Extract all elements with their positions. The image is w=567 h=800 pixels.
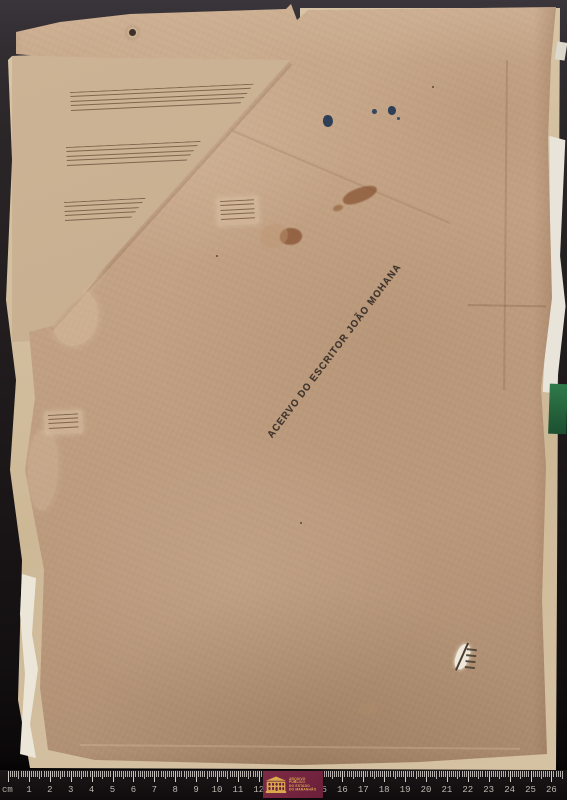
ruler-tick (171, 771, 172, 777)
ruler-tick (434, 771, 435, 777)
ruler-tick (190, 771, 191, 777)
ruler-number: 26 (546, 785, 557, 795)
staff-line (221, 217, 255, 220)
ruler-tick (489, 771, 490, 782)
ruler-tick (25, 771, 26, 777)
ruler-tick (332, 771, 333, 779)
ruler-tick (468, 771, 469, 782)
ruler-tick (472, 771, 473, 777)
ruler-tick (85, 771, 86, 777)
staff-lines (70, 84, 255, 114)
ruler-tick (367, 771, 368, 777)
ruler-tick (46, 771, 47, 777)
ruler-tick (497, 771, 498, 777)
ruler-tick (154, 771, 155, 782)
ruler-tick (173, 771, 174, 777)
ruler-tick (495, 771, 496, 777)
ruler-tick (441, 771, 442, 777)
ruler-tick (142, 771, 143, 777)
ruler-tick (181, 771, 182, 777)
crease (232, 130, 450, 224)
ruler-tick (102, 771, 103, 779)
ruler-tick (485, 771, 486, 777)
ruler-tick (196, 771, 197, 782)
ruler-tick (416, 771, 417, 779)
ruler-tick (349, 771, 350, 777)
ruler-tick (33, 771, 34, 777)
ruler-tick (250, 771, 251, 777)
ruler-tick (123, 771, 124, 779)
ruler-tick (390, 771, 391, 777)
ruler-tick (56, 771, 57, 777)
ruler-tick (146, 771, 147, 777)
ruler-tick (192, 771, 193, 777)
ruler-tick (41, 771, 42, 777)
ruler-tick (246, 771, 247, 777)
ruler-tick (436, 771, 437, 779)
ruler-tick (44, 771, 45, 777)
white-correction-mark (450, 639, 479, 676)
ruler-tick (50, 771, 51, 782)
ruler-tick (207, 771, 208, 779)
ruler-tick (347, 771, 348, 777)
ruler-tick (510, 771, 511, 782)
staff-patch (44, 410, 83, 435)
ruler-tick (148, 771, 149, 777)
ruler-tick (60, 771, 61, 779)
white-blob (452, 642, 473, 671)
ruler-tick (363, 771, 364, 782)
ruler-tick (16, 771, 17, 777)
staff-line (220, 208, 254, 211)
ruler-tick (255, 771, 256, 777)
ruler-tick (244, 771, 245, 777)
staff-line (48, 422, 78, 425)
ruler-tick (108, 771, 109, 777)
ruler-tick (156, 771, 157, 777)
ruler-tick (418, 771, 419, 777)
diagonal-stroke (455, 643, 469, 671)
ruler-tick (560, 771, 561, 777)
staff-lines (220, 199, 255, 223)
ruler-tick (238, 771, 239, 782)
green-binding-edge (548, 384, 567, 435)
building-icon (265, 776, 287, 794)
ruler-tick (202, 771, 203, 777)
ruler-tick (365, 771, 366, 777)
hatch-line (465, 666, 475, 669)
ruler-tick (215, 771, 216, 777)
ruler-number: 18 (379, 785, 390, 795)
ruler-tick (326, 771, 327, 777)
ruler-number: 22 (462, 785, 473, 795)
ruler-tick (474, 771, 475, 777)
crease (468, 304, 546, 307)
ruler-tick (397, 771, 398, 777)
ruler-tick (83, 771, 84, 777)
ruler-tick (503, 771, 504, 777)
ruler-tick (125, 771, 126, 777)
ruler-tick (499, 771, 500, 779)
ruler-number: 21 (441, 785, 452, 795)
ruler-tick (451, 771, 452, 777)
ruler-tick (242, 771, 243, 777)
ruler-number: 1 (26, 785, 31, 795)
ruler-number: 10 (212, 785, 223, 795)
ruler-tick (543, 771, 544, 777)
ruler-tick (413, 771, 414, 777)
ruler-tick (161, 771, 162, 777)
ruler-tick (257, 771, 258, 777)
ruler-tick (424, 771, 425, 777)
ruler-tick (259, 771, 260, 782)
ruler-tick (18, 771, 19, 779)
ruler-unit-label: cm (2, 785, 13, 795)
ruler-tick (209, 771, 210, 777)
ruler-tick (514, 771, 515, 777)
ruler-tick (186, 771, 187, 779)
ruler-tick (374, 771, 375, 779)
ruler-number: 6 (131, 785, 136, 795)
ruler-tick (330, 771, 331, 777)
ruler-tick (150, 771, 151, 777)
ruler-tick (432, 771, 433, 777)
ruler-tick (378, 771, 379, 777)
ruler-tick (248, 771, 249, 779)
ruler-tick (531, 771, 532, 782)
ruler-tick (230, 771, 231, 777)
ruler-tick (445, 771, 446, 777)
ruler-tick (386, 771, 387, 777)
ruler-tick (169, 771, 170, 777)
hatch-line (467, 648, 477, 651)
ruler-tick (188, 771, 189, 777)
ruler-tick (69, 771, 70, 777)
ruler-tick (370, 771, 371, 777)
ruler-tick (443, 771, 444, 777)
ruler-tick (520, 771, 521, 779)
ruler-tick (10, 771, 11, 777)
ruler-tick (234, 771, 235, 777)
ruler-tick (459, 771, 460, 777)
ruler-number: 17 (358, 785, 369, 795)
staff-line (48, 413, 78, 416)
staff-lines (48, 413, 79, 431)
ruler-tick (94, 771, 95, 777)
staff-line (71, 101, 255, 110)
ruler-number: 23 (483, 785, 494, 795)
ruler-tick (64, 771, 65, 777)
ruler-tick (405, 771, 406, 782)
ruler-tick (487, 771, 488, 777)
ruler-tick (184, 771, 185, 777)
white-page-edge-topright (555, 41, 567, 60)
ruler-tick (158, 771, 159, 777)
ruler-tick (213, 771, 214, 777)
speck (216, 255, 218, 257)
staff-patch (216, 196, 259, 226)
ruler-tick (117, 771, 118, 777)
ruler-tick (464, 771, 465, 777)
ruler-tick (508, 771, 509, 777)
ruler-tick (177, 771, 178, 777)
ruler-tick (217, 771, 218, 782)
ruler-tick (79, 771, 80, 777)
ruler-tick (556, 771, 557, 777)
ruler-tick (453, 771, 454, 777)
ruler-tick (113, 771, 114, 782)
ruler-tick (382, 771, 383, 777)
punch-hole (129, 29, 136, 36)
ruler-tick (426, 771, 427, 782)
ruler-tick (533, 771, 534, 777)
ruler-tick (37, 771, 38, 777)
ruler-number: 4 (89, 785, 94, 795)
ruler-tick (537, 771, 538, 777)
stain (341, 183, 380, 207)
ruler-tick (129, 771, 130, 777)
ruler-tick (240, 771, 241, 777)
ruler-number: 8 (172, 785, 177, 795)
ruler-tick (119, 771, 120, 777)
ruler-tick (100, 771, 101, 777)
ruler-tick (535, 771, 536, 777)
ruler-tick (403, 771, 404, 777)
ruler-tick (401, 771, 402, 777)
ruler-number: 25 (525, 785, 536, 795)
ruler-tick (48, 771, 49, 777)
ruler-number: 2 (47, 785, 52, 795)
stain (333, 204, 344, 212)
ruler-tick (71, 771, 72, 782)
stain (358, 703, 378, 715)
ruler-tick (480, 771, 481, 777)
ink-dot (372, 109, 377, 114)
ruler-tick (115, 771, 116, 777)
ruler-tick (449, 771, 450, 777)
ruler-tick (219, 771, 220, 777)
ruler-tick (211, 771, 212, 777)
ruler-tick (324, 771, 325, 777)
ruler-tick (221, 771, 222, 777)
ruler-tick (359, 771, 360, 777)
ruler-tick (75, 771, 76, 777)
hatch-line (466, 654, 476, 657)
ruler-tick (342, 771, 343, 782)
ruler-tick (328, 771, 329, 777)
ruler-tick (121, 771, 122, 777)
ruler-tick (361, 771, 362, 777)
ruler-tick (236, 771, 237, 777)
ruler-tick (163, 771, 164, 777)
ruler-tick (547, 771, 548, 777)
ruler-tick (505, 771, 506, 777)
ink-dot (388, 106, 396, 115)
crease (504, 60, 508, 390)
ruler-tick (232, 771, 233, 777)
ruler-tick (165, 771, 166, 779)
ruler-tick (338, 771, 339, 777)
ruler-tick (541, 771, 542, 779)
ruler-number: 7 (152, 785, 157, 795)
ruler-tick (388, 771, 389, 777)
ruler-number: 16 (337, 785, 348, 795)
ruler-tick (167, 771, 168, 777)
ruler-tick (420, 771, 421, 777)
ruler-tick (516, 771, 517, 777)
ruler-tick (336, 771, 337, 777)
ruler-tick (87, 771, 88, 777)
ruler-tick (227, 771, 228, 779)
ruler-tick (493, 771, 494, 777)
staff-line (221, 212, 255, 215)
ruler-tick (106, 771, 107, 777)
ruler-tick (526, 771, 527, 777)
ruler-tick (133, 771, 134, 782)
ruler-tick (522, 771, 523, 777)
staff-line (49, 426, 79, 429)
ruler-number: 24 (504, 785, 515, 795)
ruler-number: 20 (421, 785, 432, 795)
ruler-tick (21, 771, 22, 777)
stain (279, 227, 303, 247)
ruler-tick (12, 771, 13, 777)
speck (432, 86, 434, 88)
ruler-tick (399, 771, 400, 777)
ruler-tick (551, 771, 552, 782)
worn-patch (28, 430, 58, 510)
ruler-tick (334, 771, 335, 777)
ruler-tick (447, 771, 448, 782)
ruler-tick (407, 771, 408, 777)
ruler-tick (518, 771, 519, 777)
ruler-tick (29, 771, 30, 782)
ruler-tick (462, 771, 463, 777)
ruler-tick (562, 771, 563, 779)
ruler-tick (39, 771, 40, 779)
ruler-tick (110, 771, 111, 777)
ruler-tick (478, 771, 479, 779)
ruler-tick (476, 771, 477, 777)
archive-logo-text: ARQUIVO PÚBLICO DO ESTADO DO MARANHÃO (289, 778, 306, 792)
ruler-tick (549, 771, 550, 777)
ruler-tick (344, 771, 345, 777)
ruler-tick (482, 771, 483, 777)
staff-lines (64, 198, 147, 224)
ruler-tick (430, 771, 431, 777)
ruler-tick (376, 771, 377, 777)
ruler-tick (351, 771, 352, 777)
ruler-tick (422, 771, 423, 777)
ink-dot (323, 115, 333, 127)
ruler-tick (512, 771, 513, 777)
ruler-tick (355, 771, 356, 777)
ruler-tick (558, 771, 559, 777)
ruler-tick (73, 771, 74, 777)
ruler-tick (204, 771, 205, 777)
ruler-number: 5 (110, 785, 115, 795)
ruler-tick (539, 771, 540, 777)
ruler-tick (62, 771, 63, 777)
ruler-tick (223, 771, 224, 777)
ruler-tick (491, 771, 492, 777)
ruler-tick (92, 771, 93, 782)
ruler-tick (140, 771, 141, 777)
archive-logo: ARQUIVO PÚBLICO DO ESTADO DO MARANHÃO (263, 771, 323, 798)
ruler-tick (553, 771, 554, 777)
ruler-tick (77, 771, 78, 777)
ruler-tick (380, 771, 381, 777)
ruler-tick (179, 771, 180, 777)
ruler-tick (393, 771, 394, 777)
ruler-tick (428, 771, 429, 777)
ruler-tick (54, 771, 55, 777)
ruler-tick (353, 771, 354, 779)
ruler-tick (14, 771, 15, 777)
ruler-tick (466, 771, 467, 777)
stain (260, 224, 288, 248)
staff-line (65, 215, 147, 220)
ruler-tick (131, 771, 132, 777)
crease (80, 744, 520, 749)
ruler-tick (357, 771, 358, 777)
ruler-tick (411, 771, 412, 777)
ruler-tick (31, 771, 32, 777)
ruler-tick (144, 771, 145, 779)
ruler-number: 3 (68, 785, 73, 795)
ruler-tick (194, 771, 195, 777)
ruler-tick (23, 771, 24, 777)
ruler-number: 9 (193, 785, 198, 795)
ruler-tick (545, 771, 546, 777)
ruler-tick (98, 771, 99, 777)
ruler-tick (372, 771, 373, 777)
ruler-tick (457, 771, 458, 779)
ruler-tick (67, 771, 68, 777)
scanned-page: ACERVO DO ESCRITOR JOÃO MOHANA cm 123456… (0, 0, 567, 800)
ruler-tick (409, 771, 410, 777)
ruler-tick (127, 771, 128, 777)
speck (300, 522, 302, 524)
ruler-tick (96, 771, 97, 777)
hatch-line (466, 660, 476, 663)
ruler-tick (261, 771, 262, 777)
ruler-tick (104, 771, 105, 777)
ruler-tick (470, 771, 471, 777)
ruler-tick (395, 771, 396, 779)
ruler-tick (340, 771, 341, 777)
ruler-tick (524, 771, 525, 777)
ruler-tick (138, 771, 139, 777)
ruler-tick (198, 771, 199, 777)
ruler-tick (152, 771, 153, 777)
ruler-tick (200, 771, 201, 777)
staff-line (65, 211, 147, 216)
ruler-tick (175, 771, 176, 782)
staff-line (220, 199, 254, 202)
staff-line (48, 418, 78, 421)
ruler-tick (528, 771, 529, 777)
ruler-tick (439, 771, 440, 777)
ink-dot (397, 117, 400, 120)
ruler-tick (501, 771, 502, 777)
ruler-tick (58, 771, 59, 777)
ruler-tick (27, 771, 28, 777)
ruler-tick (253, 771, 254, 777)
ruler-tick (384, 771, 385, 782)
collection-stamp: ACERVO DO ESCRITOR JOÃO MOHANA (265, 261, 408, 444)
ruler-tick (52, 771, 53, 777)
